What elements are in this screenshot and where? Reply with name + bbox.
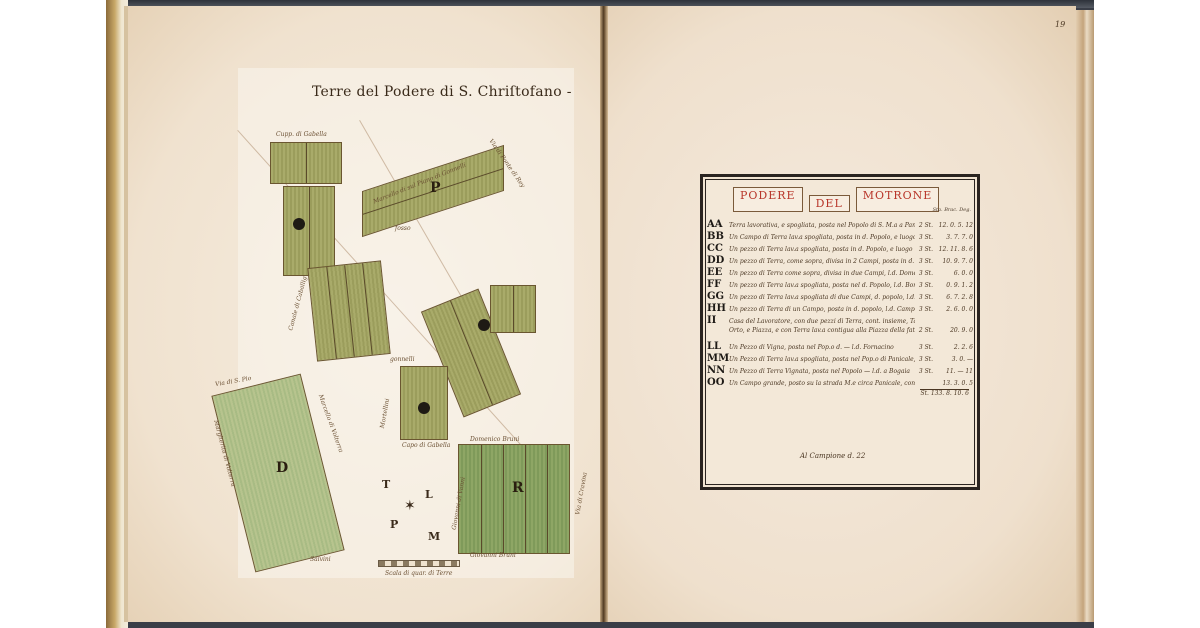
compass-letter: L [425, 488, 433, 501]
register-row: DDUn pezzo di Terra, come sopra, divisa … [707, 255, 973, 266]
register-banner: PODERE DEL MOTRONE [733, 187, 939, 212]
field-plot-left-column[interactable] [283, 186, 335, 276]
register-row: BBUn Campo di Terra lav.a spogliata, pos… [707, 231, 973, 242]
page-number: 19 [1055, 20, 1065, 29]
register-row: GGUn pezzo di Terra lav.a spogliata di d… [707, 291, 973, 302]
column-header: Sta. Brac. Deg. [933, 207, 971, 213]
field-label: Capo di Gabella [402, 442, 450, 449]
register-total: St. 133. 8. 10. 6 [920, 389, 969, 397]
register-row: AATerra lavorativa, e spogliata, posta n… [707, 219, 973, 230]
map-scale-bar [378, 560, 460, 567]
compass-rose-icon: ✶ [404, 498, 416, 514]
register-row: EEUn pezzo di Terra come sopra, divisa i… [707, 267, 973, 278]
register-row: HHUn pezzo di Terra di un Campo, posta i… [707, 303, 973, 314]
register-row: Orto, e Piazza, e con Terra lav.a contig… [707, 327, 973, 338]
plot-letter-R: R [512, 480, 524, 496]
ink-blot [478, 319, 490, 331]
register-row: LLUn Pezzo di Vigna, posta nel Pop.o d. … [707, 341, 973, 352]
register-row: FFUn pezzo di Terra lav.a spogliata, pos… [707, 279, 973, 290]
scale-label: Scala di quar. di Terre [385, 570, 452, 577]
land-register-table: PODERE DEL MOTRONE Sta. Brac. Deg. AATer… [700, 174, 980, 490]
field-plot-R[interactable] [458, 444, 570, 554]
field-label: Cupp. di Gabella [276, 131, 327, 138]
banner-word: MOTRONE [856, 187, 940, 212]
field-label: Salvini [310, 556, 331, 563]
map-title: Terre del Podere di S. Chriſtofano - [312, 84, 572, 100]
page-stack-edge [1076, 10, 1094, 622]
plot-letter-D: D [276, 460, 288, 476]
compass-letter: T [382, 478, 390, 491]
banner-word: DEL [809, 195, 850, 212]
register-row: OOUn Campo grande, posto su la strada M.… [707, 377, 973, 388]
field-plot-mid-left[interactable] [307, 260, 390, 361]
register-row: CCUn pezzo di Terra lav.a spogliata, pos… [707, 243, 973, 254]
register-row: MMUn Pezzo di Terra lav.a spogliata, pos… [707, 353, 973, 364]
field-label: gonnelli [390, 356, 415, 363]
ink-blot [293, 218, 305, 230]
book-gutter [600, 6, 608, 622]
register-row: IICasa del Lavoratore, con due pezzi di … [707, 315, 973, 326]
compass-letter: M [428, 530, 440, 543]
register-signature: Al Campione d. 22 [800, 452, 865, 460]
field-label: Giovanni Bruni [470, 552, 516, 559]
banner-word: PODERE [733, 187, 803, 212]
register-row: NNUn Pezzo di Terra Vignata, posta nel P… [707, 365, 973, 376]
field-label: fosso [395, 225, 411, 232]
field-label: Domenico Bruni [470, 436, 519, 443]
compass-letter: P [390, 518, 398, 531]
field-plot-top-left[interactable] [270, 142, 342, 184]
ink-blot [418, 402, 430, 414]
field-plot-O-annex[interactable] [490, 285, 536, 333]
